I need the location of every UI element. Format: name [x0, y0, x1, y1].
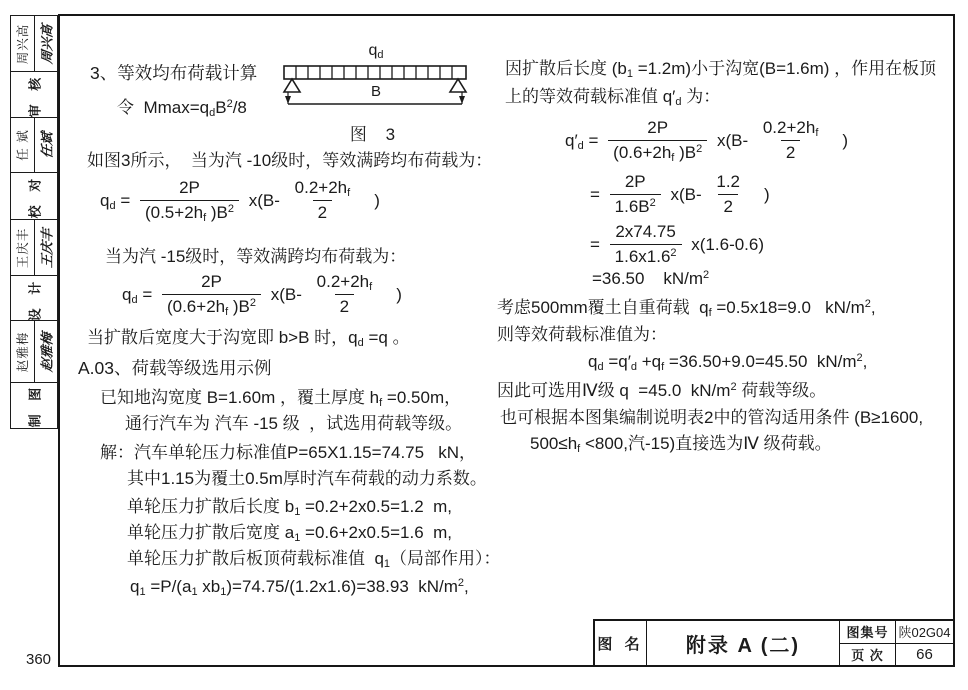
role-cell: 制 图	[10, 382, 58, 429]
derivation-result: =36.50 kN/m2	[592, 268, 709, 290]
fraction: 0.2+2hf 2	[758, 118, 824, 163]
signatory-cell: 赵雅梅 赵雅梅	[10, 320, 58, 383]
denominator: (0.6+2hf )B2	[162, 294, 261, 317]
signatory-name: 赵雅梅	[13, 332, 31, 373]
signatory-cell: 任 斌 任斌	[10, 117, 58, 174]
right-line: 因此可选用Ⅳ级 q =45.0 kN/m2 荷载等级。	[497, 380, 826, 402]
role-cell: 审 核	[10, 71, 58, 118]
title-block-values: 陕02G04 66	[895, 621, 953, 665]
sheet-title: 附录 A (二)	[647, 621, 839, 665]
signature-box: 王庆丰	[35, 220, 58, 276]
sheet-frame: qd B 图 3 3、等效均布荷载计算 令 Mmax=qdB2/8 如图3所示，…	[58, 14, 955, 667]
signatory-cell: 王庆丰 王庆丰	[10, 219, 58, 277]
formula-mid: x(B-	[712, 131, 753, 151]
fraction: 0.2+2hf 2	[290, 178, 356, 223]
signatory-name: 任 斌	[13, 130, 31, 161]
a03-heading: A.03、荷载等级选用示例	[78, 357, 272, 379]
fraction: 2P (0.6+2hf )B2	[608, 118, 707, 163]
right-line: 考虑500mm覆土自重荷载 qf =0.5x18=9.0 kN/m2,	[497, 297, 876, 319]
signature-box: 任斌	[35, 118, 58, 173]
role-label: 设 计	[25, 276, 44, 321]
fraction: 2x74.75 1.6x1.62	[610, 222, 682, 267]
signature: 任斌	[36, 131, 55, 160]
formula-qi15: qd = 2P (0.6+2hf )B2 x(B- 0.2+2hf 2 )	[122, 272, 402, 317]
denominator: 2	[335, 294, 354, 317]
right-line: 500≤hf <800,汽-15)直接选为Ⅳ 级荷载。	[530, 433, 832, 455]
numerator: 2P	[174, 178, 205, 200]
formula-end: )	[764, 185, 770, 205]
denominator: (0.5+2hf )B2	[140, 200, 239, 223]
numerator: 0.2+2hf	[312, 272, 378, 294]
page-no: 66	[896, 644, 953, 666]
right-line: qd =q′d +qf =36.50+9.0=45.50 kN/m2,	[588, 351, 867, 373]
page-label: 页 次	[840, 644, 895, 666]
denominator: 2	[718, 194, 737, 217]
formula-lhs: qd =	[100, 191, 135, 211]
title-block: 图 名 附录 A (二) 图集号 页 次 陕02G04 66	[593, 619, 953, 665]
right-line: 也可根据本图集编制说明表2中的管沟适用条件 (B≥1600,	[500, 407, 923, 429]
example-line: 其中1.15为覆土0.5m厚时汽车荷载的动力系数。	[127, 468, 487, 490]
fraction: 2P (0.6+2hf )B2	[162, 272, 261, 317]
role-label: 审 核	[25, 73, 44, 118]
signatory-name-box: 周兴高	[11, 16, 35, 72]
fraction: 2P (0.5+2hf )B2	[140, 178, 239, 223]
signatory-cell: 周兴高 周兴高	[10, 15, 58, 73]
title-block-labels: 图集号 页 次	[839, 621, 895, 665]
margin-page-number: 360	[26, 651, 51, 668]
formula-end: )	[842, 131, 848, 151]
formula-mid: x(B-	[266, 285, 307, 305]
signatory-name-box: 王庆丰	[11, 220, 35, 276]
formula-end: )	[396, 285, 402, 305]
numerator: 0.2+2hf	[290, 178, 356, 200]
formula-lhs: =	[590, 235, 605, 255]
example-line: q1 =P/(a1 xb1)=74.75/(1.2x1.6)=38.93 kN/…	[130, 576, 469, 598]
numerator: 2x74.75	[610, 222, 681, 244]
numerator: 2P	[620, 172, 651, 194]
example-line: 解：汽车单轮压力标准值P=65X1.15=74.75 kN，	[100, 442, 476, 464]
qi15-line: 当为汽 -15级时，等效满跨均布荷载为：	[105, 246, 406, 268]
beam-diagram: qd B 图 3	[280, 42, 472, 148]
atlas-no-label: 图集号	[840, 621, 895, 644]
drawing-name-label: 图 名	[595, 621, 647, 665]
denominator: (0.6+2hf )B2	[608, 140, 707, 163]
example-line: 单轮压力扩散后宽度 a1 =0.6+2x0.5=1.6 m,	[127, 522, 452, 544]
denominator: 1.6B2	[610, 194, 661, 217]
role-cell: 设 计	[10, 275, 58, 322]
example-line: 单轮压力扩散后长度 b1 =0.2+2x0.5=1.2 m,	[127, 496, 452, 518]
denominator: 1.6x1.62	[610, 244, 682, 267]
example-line: 单轮压力扩散后板顶荷载标准值 q1（局部作用）：	[127, 548, 501, 570]
atlas-no: 陕02G04	[896, 621, 953, 644]
load-band	[284, 66, 466, 79]
derivation-step: = 2P 1.6B2 x(B- 1.2 2 )	[590, 172, 770, 217]
signatory-name-box: 任 斌	[11, 118, 35, 173]
role-cell: 校 对	[10, 172, 58, 220]
example-line: 通行汽车为 汽车 -15 级 ，试选用荷载等级。	[125, 413, 462, 435]
figure-caption: 图 3	[280, 120, 472, 145]
formula-mid: x(B-	[244, 191, 285, 211]
right-line: 上的等效荷载标准值 q′d 为：	[505, 86, 720, 108]
formula-qi10: qd = 2P (0.5+2hf )B2 x(B- 0.2+2hf 2 )	[100, 178, 380, 223]
denominator: 2	[313, 200, 332, 223]
signatory-name: 王庆丰	[13, 227, 31, 268]
formula-lhs: qd =	[122, 285, 157, 305]
fraction: 1.2 2	[711, 172, 745, 217]
signature: 赵雅梅	[36, 331, 55, 373]
section-heading: 3、等效均布荷载计算	[90, 62, 257, 84]
derivation-step: = 2x74.75 1.6x1.62 x(1.6-0.6)	[590, 222, 764, 267]
numerator: 2P	[196, 272, 227, 294]
signature: 周兴高	[36, 23, 55, 65]
signatory-name-box: 赵雅梅	[11, 321, 35, 382]
right-line: 则等效荷载标准值为：	[497, 324, 667, 346]
formula-mid: x(1.6-0.6)	[687, 235, 764, 255]
load-ticks	[296, 66, 452, 79]
fraction: 2P 1.6B2	[610, 172, 661, 217]
signatory-strip: 周兴高 周兴高 审 核 任 斌 任斌 校 对 王庆丰 王庆丰 设 计 赵雅梅 赵…	[10, 15, 58, 429]
signature-box: 赵雅梅	[35, 321, 58, 382]
numerator: 2P	[642, 118, 673, 140]
numerator: 1.2	[711, 172, 745, 194]
formula-qd-prime: q′d = 2P (0.6+2hf )B2 x(B- 0.2+2hf 2 )	[565, 118, 848, 163]
span-label: B	[280, 83, 472, 100]
formula-lhs: q′d =	[565, 131, 603, 151]
denominator: 2	[781, 140, 800, 163]
formula-lhs: =	[590, 185, 605, 205]
numerator: 0.2+2hf	[758, 118, 824, 140]
example-line: 已知地沟宽度 B=1.60m ，覆土厚度 hf =0.50m，	[100, 387, 461, 409]
formula-mid: x(B-	[666, 185, 707, 205]
intro-line: 如图3所示， 当为汽 -10级时，等效满跨均布荷载为：	[87, 150, 492, 172]
signature-box: 周兴高	[35, 16, 58, 72]
mmax-line: 令 Mmax=qdB2/8	[117, 97, 247, 119]
role-label: 制 图	[25, 383, 44, 428]
formula-end: )	[374, 191, 380, 211]
signature: 王庆丰	[36, 227, 55, 269]
fraction: 0.2+2hf 2	[312, 272, 378, 317]
right-line: 因扩散后长度 (b1 =1.2m)小于沟宽(B=1.6m) ，作用在板顶	[505, 58, 936, 80]
load-label: qd	[280, 42, 472, 60]
signatory-name: 周兴高	[13, 24, 31, 65]
bgb-line: 当扩散后宽度大于沟宽即 b>B 时，qd =q 。	[87, 327, 410, 349]
role-label: 校 对	[25, 174, 44, 219]
